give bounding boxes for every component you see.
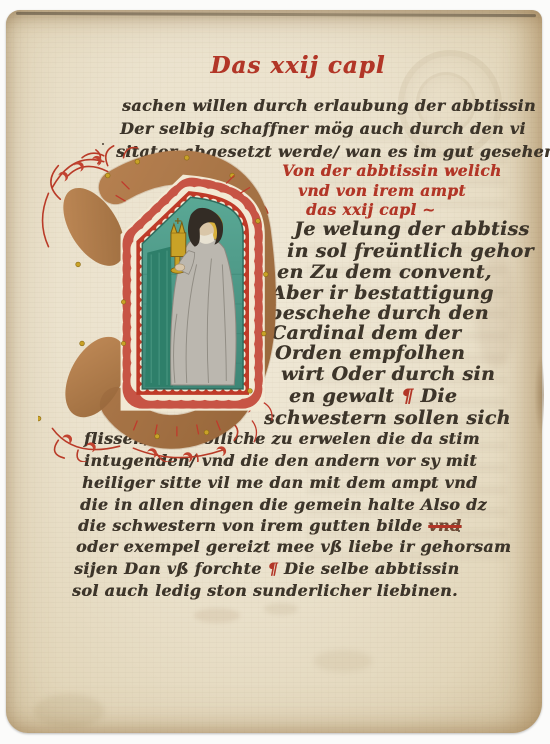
manuscript-photo: Das xxij capl sachen willen durch erlaub… bbox=[0, 0, 550, 744]
text-line-l15: wirt Oder durch sin bbox=[281, 363, 495, 385]
text-line-l05: Von der abbtissin welich bbox=[282, 161, 502, 180]
text-line-l16: en gewalt ¶ Die bbox=[289, 385, 457, 407]
text-line-l17: schwestern sollen sich bbox=[264, 407, 511, 429]
text-segment-dark: Orden empfolhen bbox=[275, 342, 465, 364]
text-line-l10: en Zu dem convent, bbox=[277, 261, 492, 283]
text-segment-dark: Die bbox=[420, 385, 457, 407]
parchment-stain bbox=[264, 603, 298, 615]
text-line-l21: die in allen dingen die gemein halte Als… bbox=[80, 495, 487, 514]
text-segment-dark: oder exempel gereizt mee vß liebe ir geh… bbox=[76, 537, 511, 556]
text-line-l08: Je welung der abbtiss bbox=[294, 218, 529, 240]
text-segment-dark: Je welung der abbtiss bbox=[294, 218, 529, 240]
text-segment-dark: die in allen dingen die gemein halte Als… bbox=[80, 495, 487, 514]
text-segment-dark: en gewalt bbox=[289, 385, 401, 407]
text-segment-red: vnd von irem ampt bbox=[298, 181, 466, 200]
text-segment-dark: wirt Oder durch sin bbox=[281, 363, 495, 385]
text-segment-strike: vnd bbox=[428, 516, 461, 535]
text-segment-red: ¶ bbox=[268, 559, 284, 578]
text-line-l13: Cardinal dem der bbox=[271, 322, 461, 344]
text-segment-dark: sachen willen durch erlaubung der abbtis… bbox=[122, 96, 536, 115]
text-segment-red: ¶ bbox=[401, 385, 420, 407]
text-segment-dark: beschehe durch den bbox=[269, 302, 489, 324]
text-segment-dark: heiliger sitte vil me dan mit dem ampt v… bbox=[82, 473, 478, 492]
text-line-l23: oder exempel gereizt mee vß liebe ir geh… bbox=[76, 537, 511, 556]
text-segment-red: das xxij capl ~ bbox=[306, 200, 435, 219]
text-line-l07: das xxij capl ~ bbox=[306, 200, 435, 219]
illuminated-initial-d bbox=[38, 136, 296, 462]
text-line-l20: heiliger sitte vil me dan mit dem ampt v… bbox=[82, 473, 478, 492]
text-line-l24: sijen Dan vß forchte ¶ Die selbe abbtiss… bbox=[74, 559, 459, 578]
text-segment-dark: die schwestern von irem gutten bilde bbox=[78, 516, 428, 535]
text-line-l22: die schwestern von irem gutten bilde vnd bbox=[78, 516, 461, 535]
page-top-edge bbox=[16, 12, 536, 17]
text-segment-dark: sol auch ledig ston sunderlicher liebine… bbox=[72, 581, 458, 600]
chapter-heading: Das xxij capl bbox=[198, 52, 398, 79]
parchment-stain bbox=[194, 608, 240, 623]
text-segment-dark: sijen Dan vß forchte bbox=[74, 559, 268, 578]
text-segment-dark: in sol freüntlich gehor bbox=[287, 240, 534, 262]
text-segment-dark: Cardinal dem der bbox=[271, 322, 461, 344]
text-segment-dark: Aber ir bestattigung bbox=[271, 282, 494, 304]
text-line-l09: in sol freüntlich gehor bbox=[287, 240, 534, 262]
text-line-l25: sol auch ledig ston sunderlicher liebine… bbox=[72, 581, 458, 600]
page-edge-notch bbox=[534, 350, 544, 440]
text-segment-dark: en Zu dem convent, bbox=[277, 261, 492, 283]
parchment-stain bbox=[34, 694, 104, 728]
text-line-l11: Aber ir bestattigung bbox=[271, 282, 494, 304]
hands bbox=[175, 264, 185, 271]
text-line-l06: vnd von irem ampt bbox=[298, 181, 466, 200]
text-segment-dark: schwestern sollen sich bbox=[264, 407, 511, 429]
text-line-l14: Orden empfolhen bbox=[275, 342, 465, 364]
text-segment-red: Von der abbtissin welich bbox=[282, 161, 502, 180]
text-line-l12: beschehe durch den bbox=[269, 302, 489, 324]
text-segment-dark: Die selbe abbtissin bbox=[284, 559, 460, 578]
text-line-l01: sachen willen durch erlaubung der abbtis… bbox=[122, 96, 536, 115]
parchment-stain bbox=[314, 650, 372, 672]
